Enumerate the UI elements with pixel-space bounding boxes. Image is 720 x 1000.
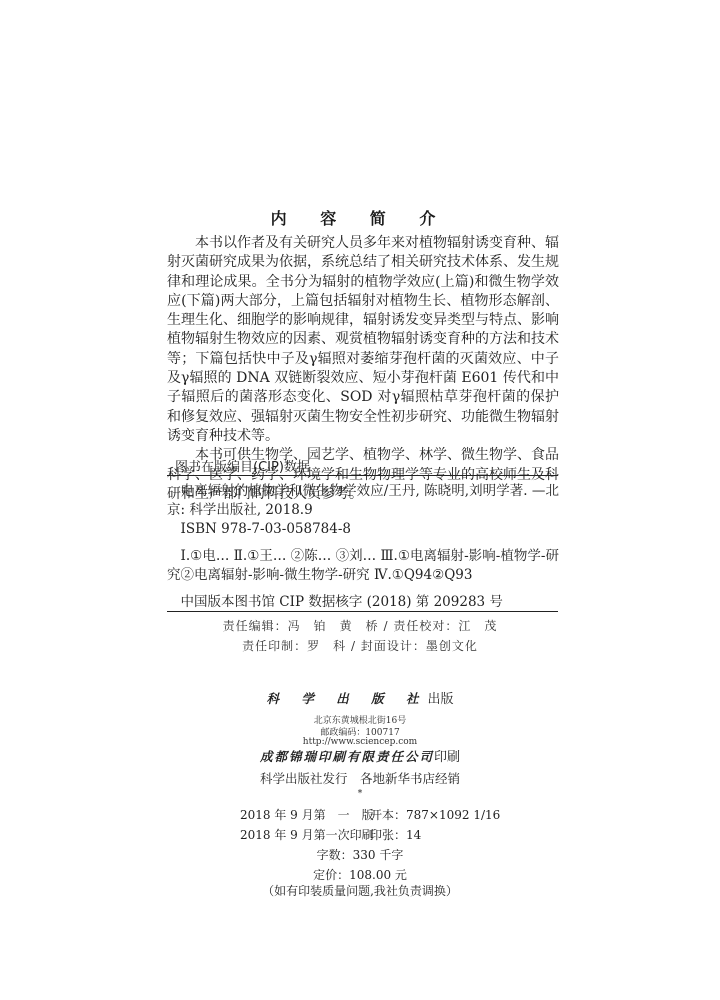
print-row-printing: 2018 年 9 月第一次印刷 印张：14: [240, 826, 374, 843]
price: 定价：108.00 元: [0, 866, 720, 883]
cip-isbn: ISBN 978-7-03-058784-8: [167, 520, 559, 539]
cip-top-rule: [167, 475, 558, 476]
separator-star: *: [0, 789, 720, 799]
edition-info: 2018 年 9 月第 一 版: [240, 808, 374, 822]
cip-heading: 图书在版编目(CIP)数据: [175, 456, 310, 475]
cip-classification: Ⅰ.①电… Ⅱ.①王… ②陈… ③刘… Ⅲ.①电离辐射-影响-植物学-研究②电离…: [167, 547, 559, 585]
printer-name: 成都锦瑞印刷有限责任公司: [260, 749, 434, 764]
staff-production: 责任印制：罗 科 / 封面设计：墨创文化: [0, 637, 720, 654]
cip-record: 电离辐射的植物学和微生物学效应/王丹, 陈晓明,刘明学著. —北京: 科学出版社…: [167, 482, 559, 520]
sheets-info: 印张：14: [370, 826, 421, 843]
format-info: 开本：787×1092 1/16: [370, 806, 500, 823]
staff-editors: 责任编辑：冯 铂 黄 桥 / 责任校对：江 茂: [0, 617, 720, 634]
word-count: 字数：330 千字: [0, 846, 720, 863]
publisher-suffix: 出版: [427, 692, 453, 707]
synopsis-paragraph: 本书以作者及有关研究人员多年来对植物辐射诱变育种、辐射灭菌研究成果为依据，系统总…: [167, 234, 559, 446]
printing-info: 2018 年 9 月第一次印刷: [240, 828, 374, 842]
synopsis-title: 内 容 简 介: [0, 206, 720, 229]
publisher-name: 科 学 出 版 社: [267, 691, 428, 706]
cip-bottom-rule: [167, 611, 558, 612]
print-row-edition: 2018 年 9 月第 一 版 开本：787×1092 1/16: [240, 806, 374, 823]
printer-suffix: 印刷: [434, 750, 460, 765]
cip-data-block: 电离辐射的植物学和微生物学效应/王丹, 陈晓明,刘明学著. —北京: 科学出版社…: [167, 482, 559, 612]
distribution-line: 科学出版社发行 各地新华书店经销: [0, 769, 720, 787]
cip-library-record: 中国版本图书馆 CIP 数据核字 (2018) 第 209283 号: [167, 593, 559, 612]
quality-notice: （如有印装质量问题,我社负责调换）: [0, 882, 720, 899]
printer-line: 成都锦瑞印刷有限责任公司印刷: [0, 746, 720, 765]
publisher-line: 科 学 出 版 社出版: [0, 688, 720, 707]
